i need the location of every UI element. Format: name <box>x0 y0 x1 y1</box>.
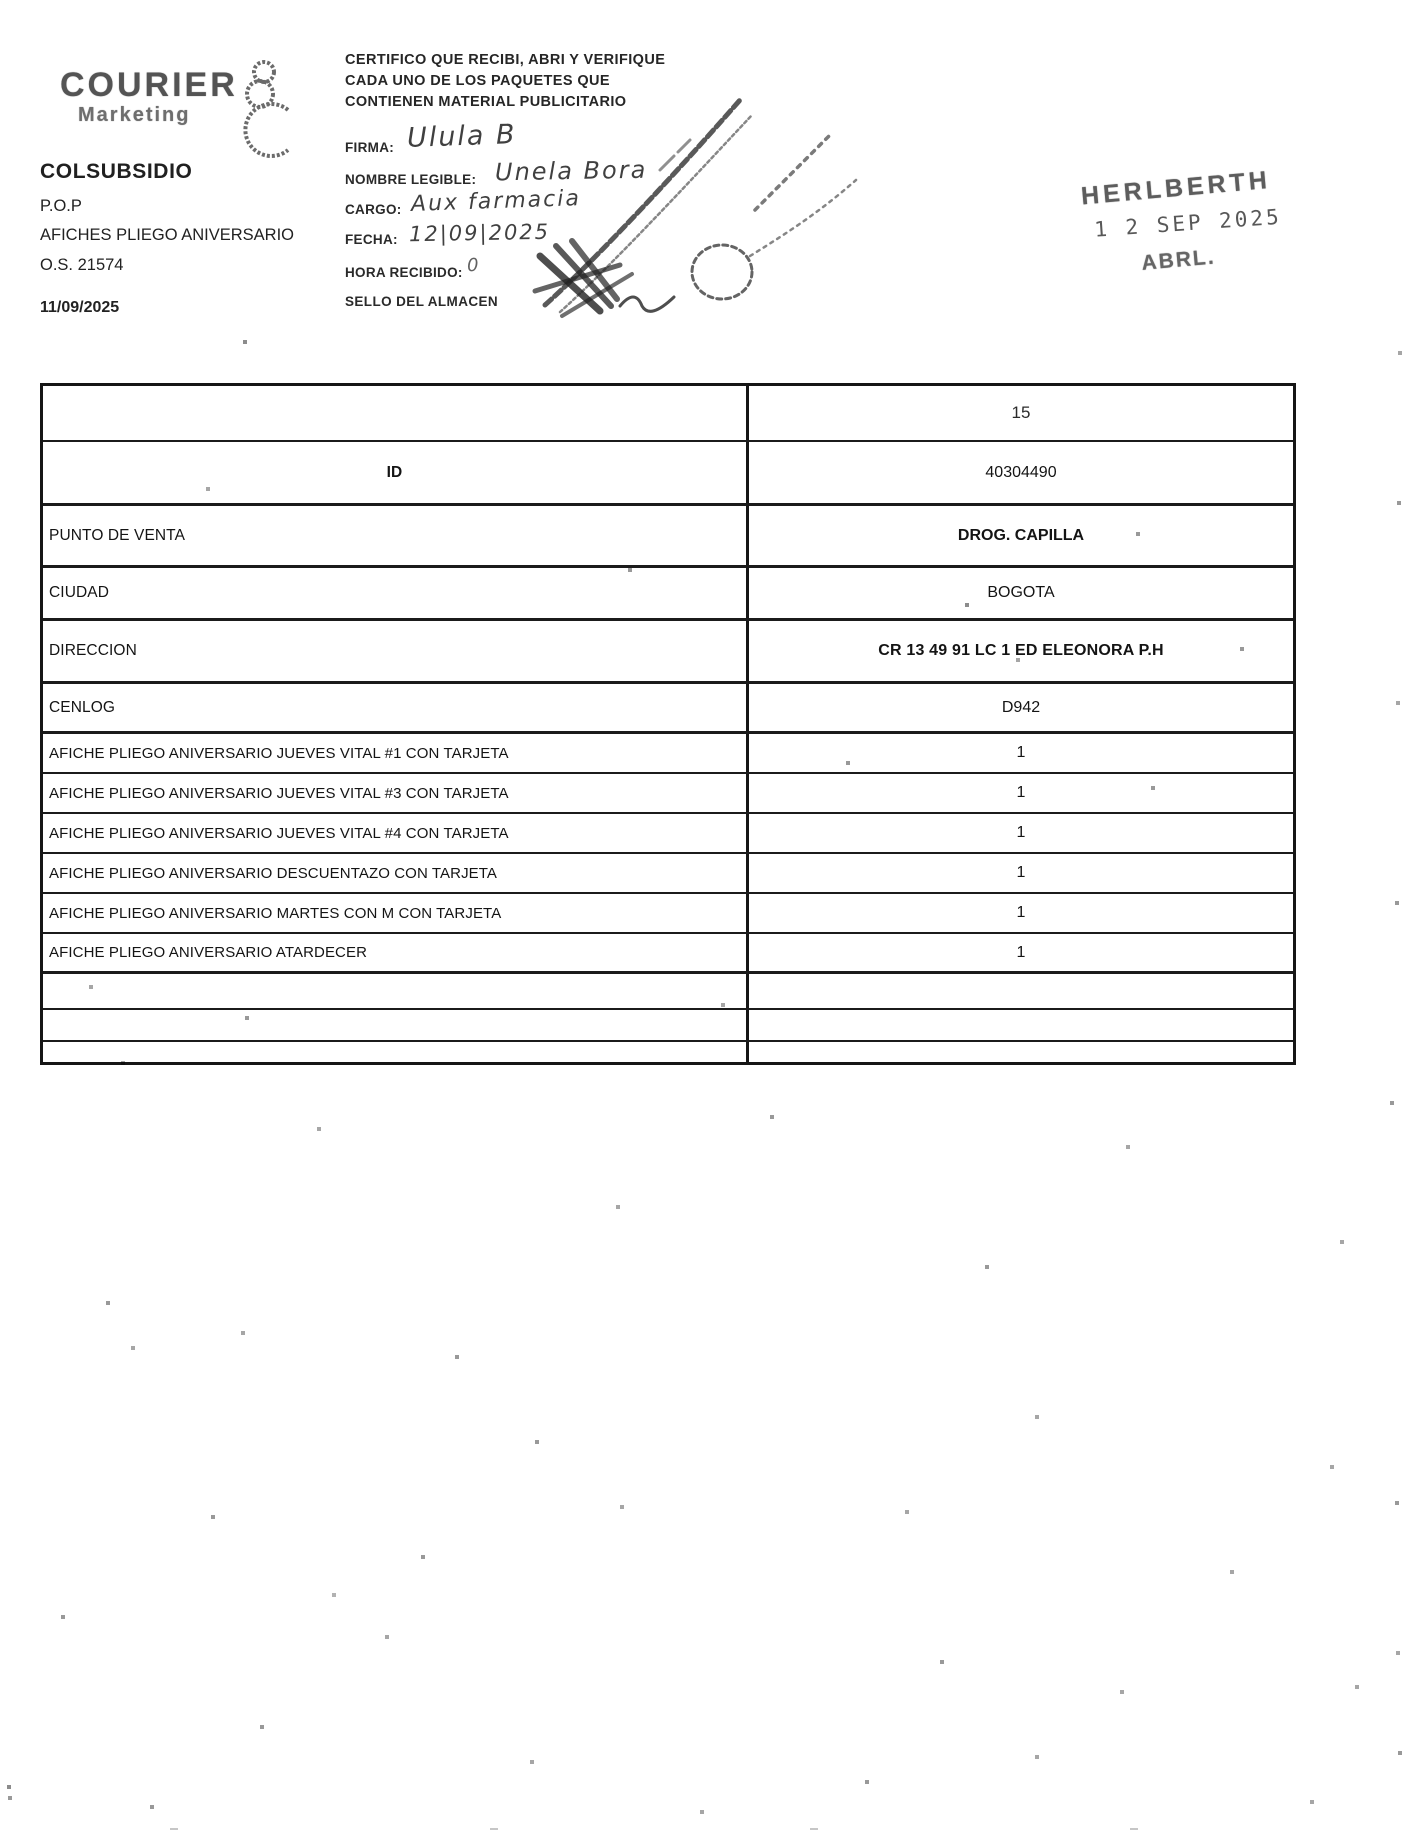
delivery-table: 15 ID 40304490 PUNTO DE VENTA DROG. CAPI… <box>40 383 1296 1065</box>
row-value: 15 <box>746 386 1293 440</box>
hora-label: HORA RECIBIDO: <box>345 265 463 280</box>
row-label <box>43 974 746 1008</box>
fecha-label: FECHA: <box>345 232 398 247</box>
row-label <box>43 1010 746 1040</box>
row-label: AFICHE PLIEGO ANIVERSARIO JUEVES VITAL #… <box>43 734 746 772</box>
hora-handwritten-value: 0 <box>467 255 481 276</box>
table-row: ID 40304490 <box>43 440 1293 503</box>
row-value <box>746 1042 1293 1062</box>
logo-wordmark: COURIER <box>60 66 238 105</box>
row-value: 1 <box>746 814 1293 852</box>
row-value: 1 <box>746 854 1293 892</box>
row-label: CENLOG <box>43 684 746 731</box>
row-value: CR 13 49 91 LC 1 ED ELEONORA P.H <box>746 621 1293 681</box>
nombre-label: NOMBRE LEGIBLE: <box>345 172 476 187</box>
field-hora-recibido: HORA RECIBIDO: 0 <box>345 253 815 286</box>
table-row <box>43 1008 1293 1040</box>
sello-almacen-label: SELLO DEL ALMACEN <box>345 294 815 309</box>
order-number: O.S. 21574 <box>40 256 370 275</box>
fecha-handwritten-value: 12|09|2025 <box>409 220 550 246</box>
row-label: ID <box>43 442 746 503</box>
table-row: AFICHE PLIEGO ANIVERSARIO DESCUENTAZO CO… <box>43 852 1293 892</box>
table-row <box>43 971 1293 1008</box>
certification-text: CERTIFICO QUE RECIBI, ABRI Y VERIFIQUE C… <box>345 50 815 113</box>
table-row: AFICHE PLIEGO ANIVERSARIO JUEVES VITAL #… <box>43 812 1293 852</box>
firma-handwritten-signature: Ulula B <box>406 119 517 154</box>
cargo-label: CARGO: <box>345 202 402 217</box>
client-name: COLSUBSIDIO <box>40 160 370 184</box>
certification-line: CONTIENEN MATERIAL PUBLICITARIO <box>345 92 815 113</box>
logo-mark-icon <box>230 58 310 162</box>
row-value <box>746 974 1293 1008</box>
row-value: 1 <box>746 894 1293 932</box>
row-value: 1 <box>746 774 1293 812</box>
project-type: P.O.P <box>40 197 370 216</box>
row-label: CIUDAD <box>43 568 746 618</box>
project-date: 11/09/2025 <box>40 299 370 317</box>
table-row: AFICHE PLIEGO ANIVERSARIO ATARDECER 1 <box>43 932 1293 971</box>
row-value <box>746 1010 1293 1040</box>
table-row: CENLOG D942 <box>43 681 1293 731</box>
table-row: AFICHE PLIEGO ANIVERSARIO JUEVES VITAL #… <box>43 772 1293 812</box>
nombre-handwritten-value: Unela Bora <box>495 156 648 187</box>
courier-marketing-logo: COURIER Marketing <box>52 58 312 168</box>
row-label: DIRECCION <box>43 621 746 681</box>
row-label: AFICHE PLIEGO ANIVERSARIO ATARDECER <box>43 934 746 971</box>
row-label: PUNTO DE VENTA <box>43 506 746 565</box>
row-value: D942 <box>746 684 1293 731</box>
certification-block: CERTIFICO QUE RECIBI, ABRI Y VERIFIQUE C… <box>345 50 815 309</box>
row-label: AFICHE PLIEGO ANIVERSARIO JUEVES VITAL #… <box>43 814 746 852</box>
table-row: CIUDAD BOGOTA <box>43 565 1293 618</box>
row-label <box>43 1042 746 1062</box>
certification-line: CADA UNO DE LOS PAQUETES QUE <box>345 71 815 92</box>
row-label <box>43 386 746 440</box>
table-row: AFICHE PLIEGO ANIVERSARIO MARTES CON M C… <box>43 892 1293 932</box>
field-fecha: FECHA: 12|09|2025 <box>345 223 815 253</box>
project-name: AFICHES PLIEGO ANIVERSARIO <box>40 226 370 245</box>
firma-label: FIRMA: <box>345 140 394 155</box>
stamp-word: ABRL. <box>1141 236 1324 276</box>
field-firma: FIRMA: Ulula B <box>345 125 815 161</box>
scan-edge-artifact <box>0 1828 1420 1830</box>
table-row: AFICHE PLIEGO ANIVERSARIO JUEVES VITAL #… <box>43 731 1293 772</box>
project-info: COLSUBSIDIO P.O.P AFICHES PLIEGO ANIVERS… <box>40 160 370 317</box>
table-row: 15 <box>43 386 1293 440</box>
scan-noise-speckles <box>0 0 2 2</box>
row-label: AFICHE PLIEGO ANIVERSARIO DESCUENTAZO CO… <box>43 854 746 892</box>
field-cargo: CARGO: Aux farmacia <box>345 193 815 223</box>
row-label: AFICHE PLIEGO ANIVERSARIO JUEVES VITAL #… <box>43 774 746 812</box>
logo-subtitle: Marketing <box>78 104 190 127</box>
row-value: 40304490 <box>746 442 1293 503</box>
scanned-delivery-receipt: COURIER Marketing COLSUBSIDIO P.O.P AFIC… <box>0 0 1420 1834</box>
row-value: DROG. CAPILLA <box>746 506 1293 565</box>
received-stamp: HERLBERTH 1 2 SEP 2025 ABRL. <box>1080 168 1323 273</box>
row-value: 1 <box>746 734 1293 772</box>
row-label: AFICHE PLIEGO ANIVERSARIO MARTES CON M C… <box>43 894 746 932</box>
table-row: DIRECCION CR 13 49 91 LC 1 ED ELEONORA P… <box>43 618 1293 681</box>
cargo-handwritten-value: Aux farmacia <box>411 186 582 217</box>
row-value: BOGOTA <box>746 568 1293 618</box>
stamp-date: 1 2 SEP 2025 <box>1093 202 1322 242</box>
table-row <box>43 1040 1293 1062</box>
certification-line: CERTIFICO QUE RECIBI, ABRI Y VERIFIQUE <box>345 50 815 71</box>
row-value: 1 <box>746 934 1293 971</box>
table-row: PUNTO DE VENTA DROG. CAPILLA <box>43 503 1293 565</box>
